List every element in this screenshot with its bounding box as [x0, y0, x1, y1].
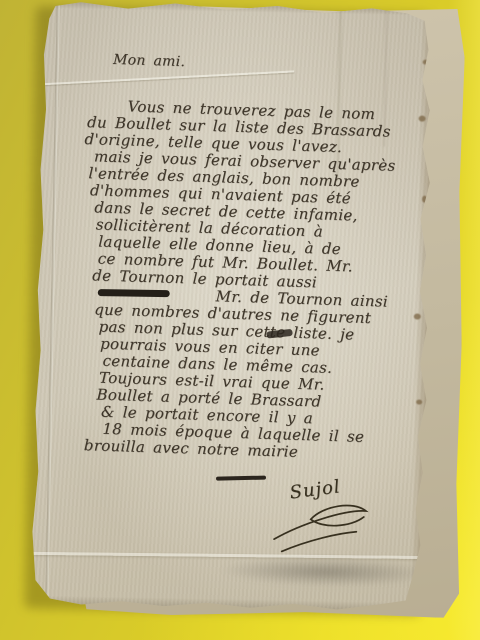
vertical-fold-crease	[45, 1, 60, 605]
pre-signature-stroke	[216, 476, 266, 481]
salutation: Mon ami.	[113, 52, 435, 79]
handwritten-text: Mon ami. Vous ne trouverez pas le nom du…	[75, 51, 435, 465]
signature-flourish	[267, 495, 379, 562]
scribbled-out-word	[98, 289, 170, 297]
letter-photo: Mon ami. Vous ne trouverez pas le nom du…	[0, 0, 480, 640]
letter-sheet: Mon ami. Vous ne trouverez pas le nom du…	[30, 0, 435, 611]
